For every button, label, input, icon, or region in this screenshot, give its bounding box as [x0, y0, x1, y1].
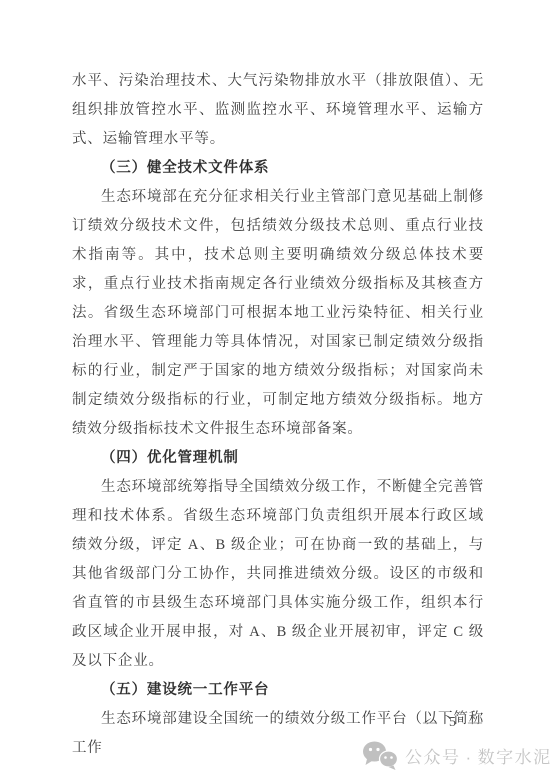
paragraph-section-4: 生态环境部统筹指导全国绩效分级工作，不断健全完善管理和技术体系。省级生态环境部门…: [72, 473, 484, 676]
paragraph-section-3: 生态环境部在充分征求相关行业主管部门意见基础上制修订绩效分级技术文件，包括绩效分…: [72, 183, 484, 444]
paragraph-continued: 水平、污染治理技术、大气污染物排放水平（排放限值）、无组织排放管控水平、监测监控…: [72, 67, 484, 154]
page-number-value: 5: [449, 715, 456, 730]
wechat-icon: [362, 740, 398, 770]
body-text-container: 水平、污染治理技术、大气污染物排放水平（排放限值）、无组织排放管控水平、监测监控…: [72, 67, 484, 763]
watermark-text: 公众号·数字水泥网: [405, 743, 550, 768]
watermark-account-label: 公众号: [405, 748, 461, 767]
watermark-site-name: 数字水泥网: [478, 748, 550, 767]
heading-section-3: （三）健全技术文件体系: [72, 154, 484, 183]
heading-section-4: （四）优化管理机制: [72, 444, 484, 473]
page-number-dash-right: —: [468, 715, 482, 730]
watermark-separator: ·: [466, 748, 473, 767]
page-number: —5—: [423, 714, 482, 732]
page-number-dash-left: —: [423, 715, 437, 730]
footer-watermark: 公众号·数字水泥网: [362, 740, 550, 770]
document-page: 水平、污染治理技术、大气污染物排放水平（排放限值）、无组织排放管控水平、监测监控…: [0, 0, 550, 778]
heading-section-5: （五）建设统一工作平台: [72, 676, 484, 705]
